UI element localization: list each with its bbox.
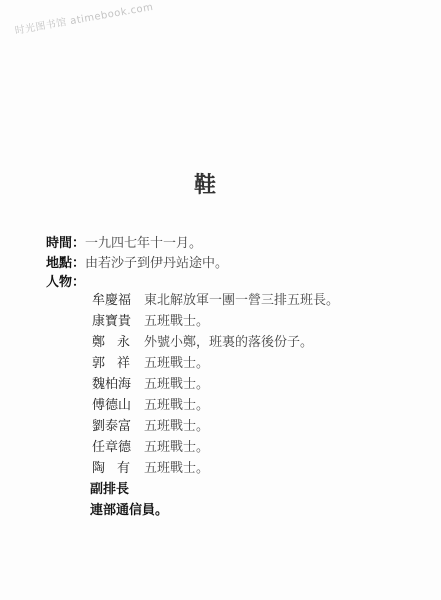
cast-row: 牟慶福 東北解放軍一團一營三排五班長。: [92, 290, 339, 311]
cast-name: 陶有: [92, 458, 144, 479]
time-value: 一九四七年十一月。: [85, 236, 202, 251]
time-label: 時間：: [46, 236, 85, 251]
people-label: 人物：: [46, 275, 85, 290]
extra-role: 副排長: [90, 479, 129, 500]
cast-row: 鄭永 外號小鄭，班裏的落後份子。: [92, 332, 339, 353]
people-row: 人物：: [46, 271, 85, 290]
cast-desc: 五班戰士。: [144, 353, 209, 374]
time-row: 時間：一九四七年十一月。: [46, 232, 202, 251]
cast-row: 魏柏海 五班戰士。: [92, 374, 339, 395]
cast-name: 任章德: [92, 437, 144, 458]
place-row: 地點：由若沙子到伊丹站途中。: [46, 252, 228, 271]
page-title: 鞋: [194, 168, 216, 199]
cast-desc: 五班戰士。: [144, 395, 209, 416]
extra-role-row: 連部通信員。: [90, 500, 339, 521]
place-value: 由若沙子到伊丹站途中。: [85, 256, 228, 271]
cast-desc: 五班戰士。: [144, 311, 209, 332]
place-label: 地點：: [46, 256, 85, 271]
cast-desc: 外號小鄭，班裏的落後份子。: [144, 332, 313, 353]
cast-name: 郭祥: [92, 353, 144, 374]
extra-role: 連部通信員。: [90, 500, 168, 521]
cast-desc: 五班戰士。: [144, 458, 209, 479]
cast-name: 劉泰富: [92, 416, 144, 437]
cast-name: 康寶貴: [92, 311, 144, 332]
cast-name: 鄭永: [92, 332, 144, 353]
cast-desc: 五班戰士。: [144, 374, 209, 395]
cast-name: 傅德山: [92, 395, 144, 416]
cast-desc: 東北解放軍一團一營三排五班長。: [144, 290, 339, 311]
cast-desc: 五班戰士。: [144, 437, 209, 458]
extra-role-row: 副排長: [90, 479, 339, 500]
cast-row: 劉泰富 五班戰士。: [92, 416, 339, 437]
cast-list: 牟慶福 東北解放軍一團一營三排五班長。 康寶貴 五班戰士。 鄭永 外號小鄭，班裏…: [92, 290, 339, 521]
cast-name: 牟慶福: [92, 290, 144, 311]
cast-row: 陶有 五班戰士。: [92, 458, 339, 479]
cast-name: 魏柏海: [92, 374, 144, 395]
cast-row: 郭祥 五班戰士。: [92, 353, 339, 374]
cast-row: 康寶貴 五班戰士。: [92, 311, 339, 332]
cast-row: 傅德山 五班戰士。: [92, 395, 339, 416]
cast-desc: 五班戰士。: [144, 416, 209, 437]
watermark: 时光图书馆 atimebook.com: [13, 0, 154, 37]
cast-row: 任章德 五班戰士。: [92, 437, 339, 458]
